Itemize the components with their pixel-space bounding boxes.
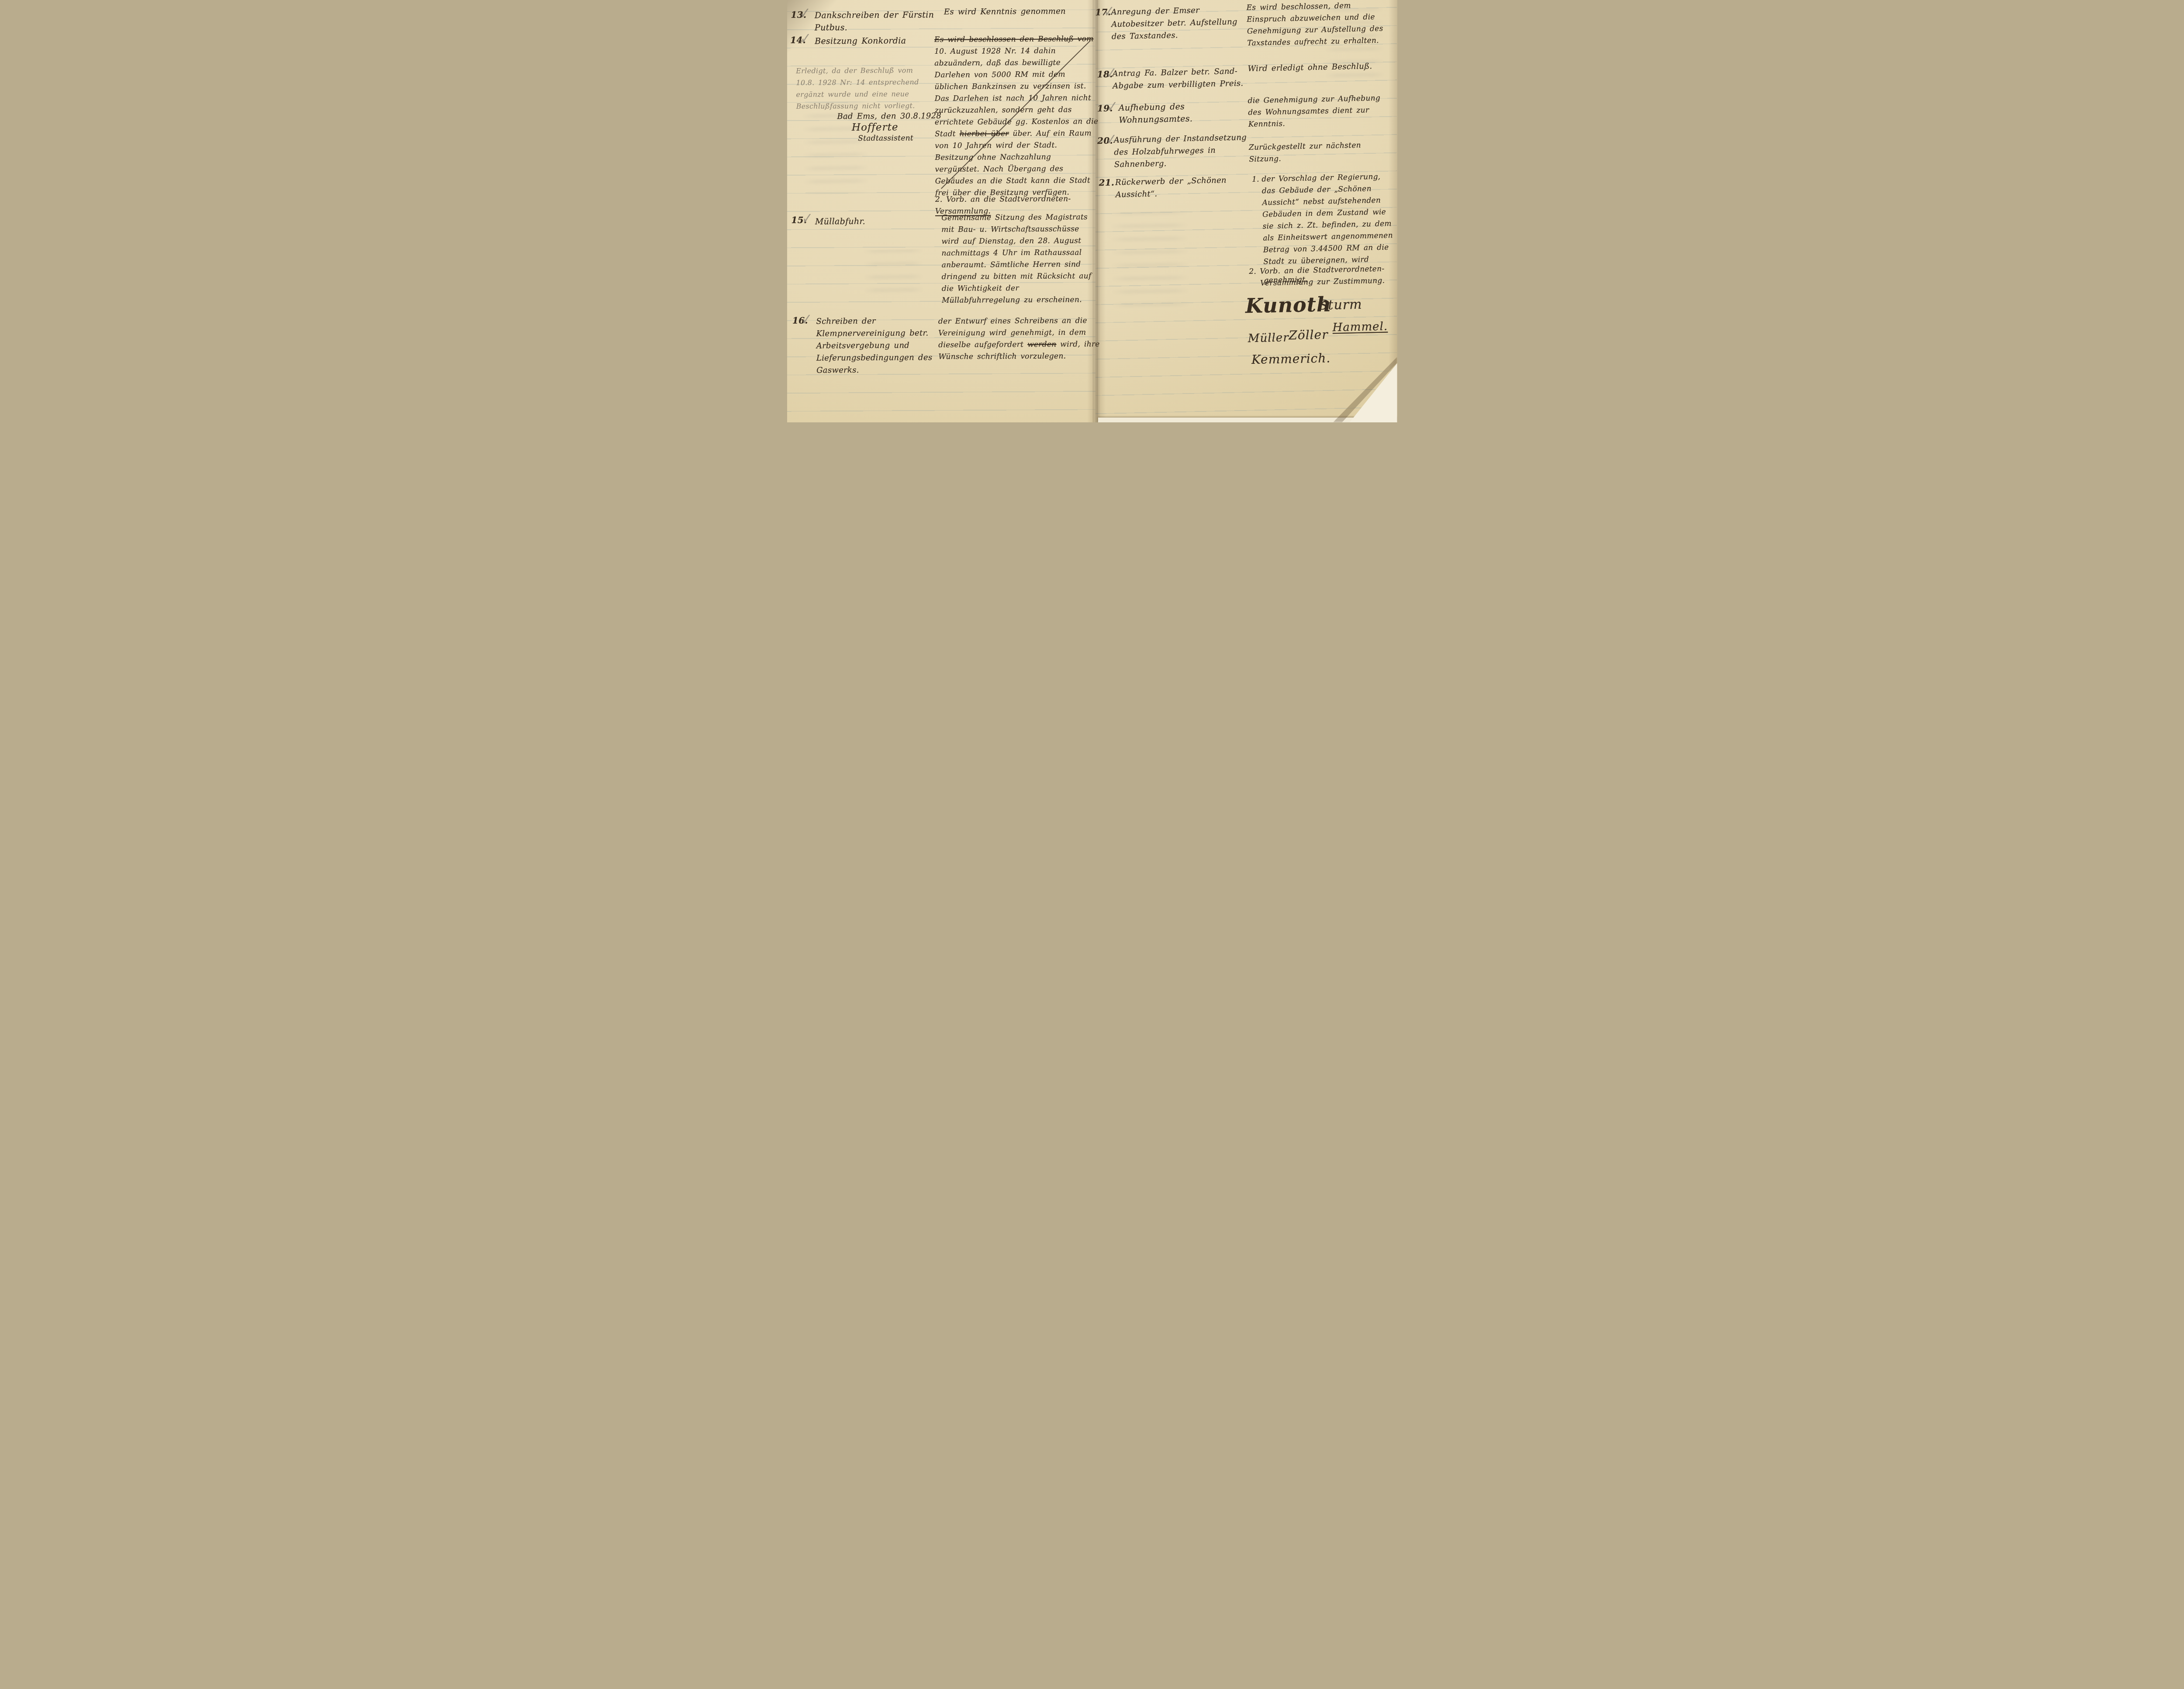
gutter-crease [1097, 0, 1098, 422]
entry-18-decision: Wird erledigt ohne Beschluß. [1248, 60, 1388, 75]
gutter-crease [1093, 0, 1093, 422]
signature: Kemmerich. [1251, 351, 1330, 367]
signature: Sturm [1318, 297, 1362, 313]
entry-21-topic: Rückerwerb der „Schönen Aussicht“. [1115, 174, 1246, 201]
minutes-book-scan: 13. ✓ Dankschreiben der Fürstin Putbus. … [787, 0, 1397, 422]
signature: Hammel. [1332, 320, 1388, 334]
entry-21-decision-1-label: 1. [1251, 174, 1259, 186]
entry-18-topic: Antrag Fa. Balzer betr. Sand-Abgabe zum … [1112, 65, 1247, 92]
entry-20-topic: Ausführung der Instandsetzung des Holzab… [1113, 131, 1254, 171]
decision-text: der Vorschlag der Regierung, das Gebäude… [1261, 173, 1393, 266]
book-gutter-shadow [1087, 0, 1106, 422]
entry-20-decision: Zurückgestellt zur nächsten Sitzung. [1248, 139, 1392, 166]
pencil-check-icon: ✓ [1106, 97, 1118, 117]
entry-19-topic: Aufhebung des Wohnungsamtes. [1118, 99, 1247, 126]
entry-21-decision-2: Vorb. an die Stadtverordneten- Versammlu… [1260, 263, 1394, 289]
entry-21-decision-2-label: 2. [1249, 266, 1256, 278]
signature: Müller [1248, 331, 1289, 345]
entry-17-topic: Anregung der Emser Autobesitzer betr. Au… [1111, 3, 1249, 43]
entry-19-decision: die Genehmigung zur Aufhebung des Wohnun… [1248, 93, 1392, 131]
scan-corner-shading [787, 0, 921, 68]
entry-17-decision: Es wird beschlossen, dem Einspruch abzuw… [1246, 0, 1386, 49]
signature: Zöller [1289, 327, 1328, 342]
